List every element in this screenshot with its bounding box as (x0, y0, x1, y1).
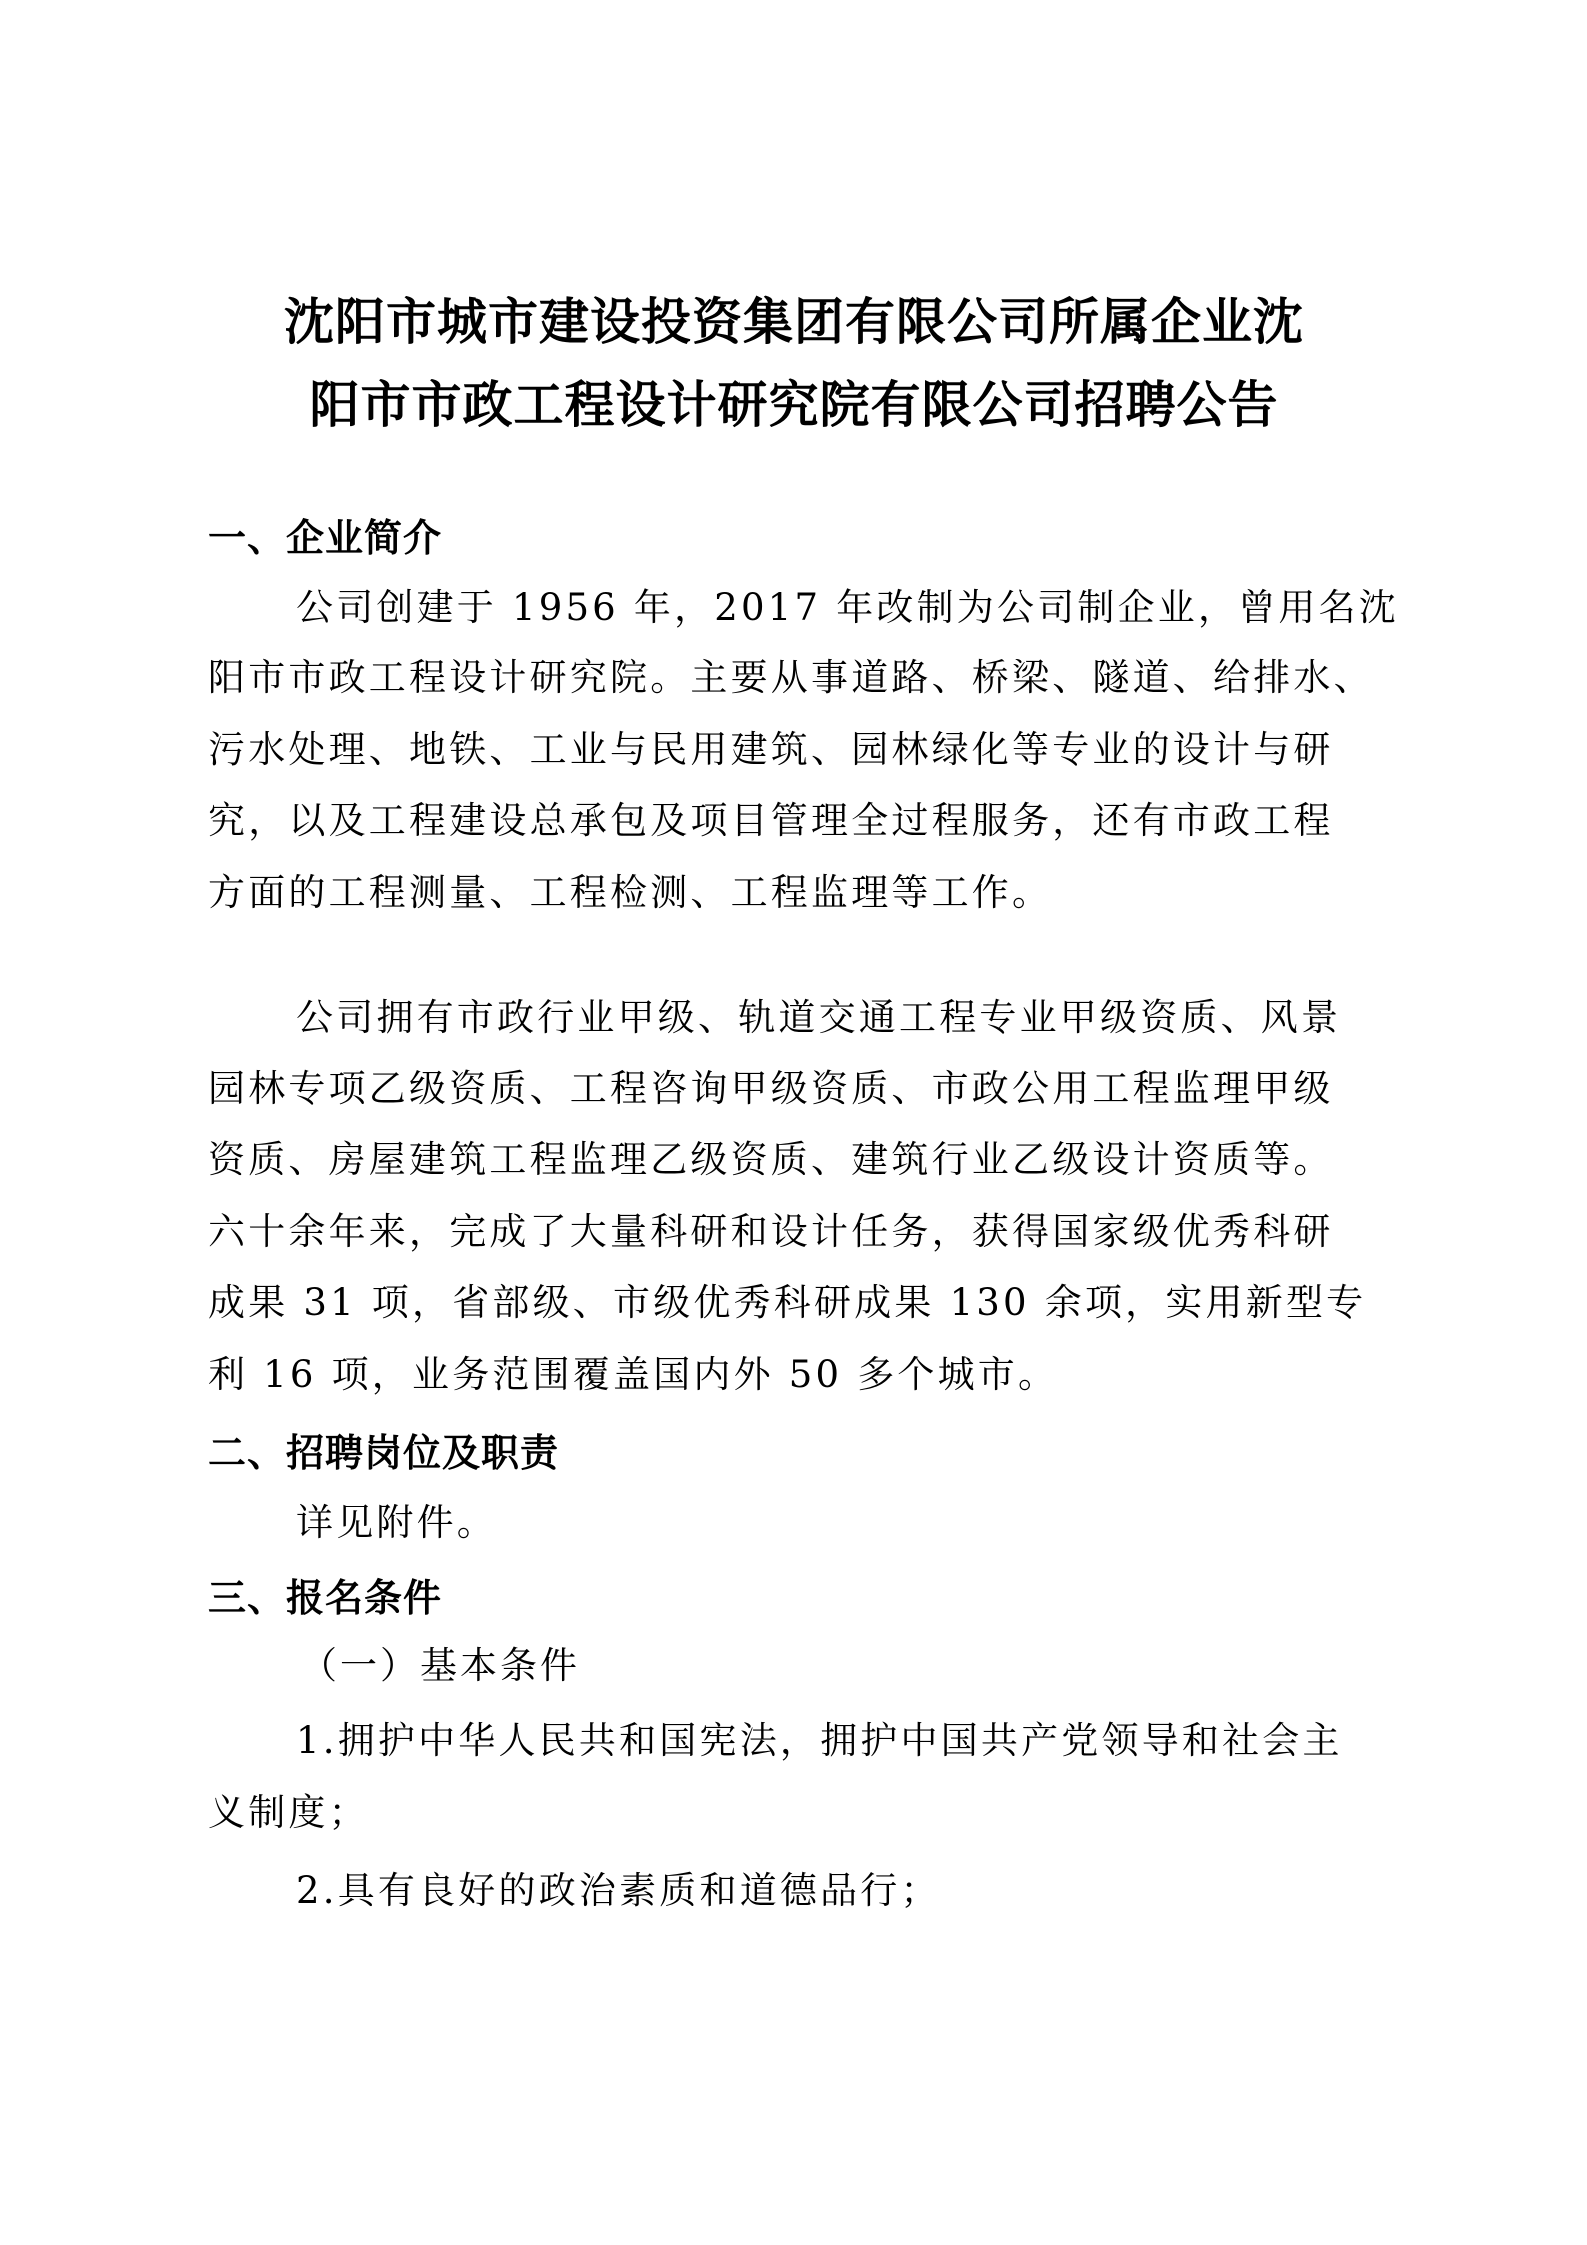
paragraph-line: 六十余年来，完成了大量科研和设计任务，获得国家级优秀科研 (208, 1209, 1334, 1255)
paragraph-line: 详见附件。 (296, 1500, 497, 1546)
paragraph-line: 阳市市政工程设计研究院。主要从事道路、桥梁、隧道、给排水、 (208, 655, 1374, 701)
paragraph-line: 成果 31 项，省部级、市级优秀科研成果 130 余项，实用新型专 (208, 1280, 1366, 1326)
paragraph-line: 公司拥有市政行业甲级、轨道交通工程专业甲级资质、风景 (296, 995, 1341, 1041)
subheading-basic-conditions: （一）基本条件 (300, 1643, 580, 1689)
list-item-line: 1.拥护中华人民共和国宪法，拥护中国共产党领导和社会主 (296, 1718, 1343, 1764)
document-title-line-1: 沈阳市城市建设投资集团有限公司所属企业沈 (200, 292, 1388, 352)
paragraph-line: 污水处理、地铁、工业与民用建筑、园林绿化等专业的设计与研 (208, 727, 1334, 773)
document-title-line-2: 阳市市政工程设计研究院有限公司招聘公告 (200, 375, 1388, 435)
section-heading-positions: 二、招聘岗位及职责 (208, 1430, 559, 1476)
section-heading-requirements: 三、报名条件 (208, 1575, 442, 1621)
paragraph-line: 园林专项乙级资质、工程咨询甲级资质、市政公用工程监理甲级 (208, 1066, 1334, 1112)
paragraph-line: 公司创建于 1956 年，2017 年改制为公司制企业，曾用名沈 (296, 585, 1399, 631)
paragraph-line: 究，以及工程建设总承包及项目管理全过程服务，还有市政工程 (208, 798, 1334, 844)
paragraph-line: 资质、房屋建筑工程监理乙级资质、建筑行业乙级设计资质等。 (208, 1137, 1334, 1183)
paragraph-line: 利 16 项，业务范围覆盖国内外 50 多个城市。 (208, 1352, 1058, 1398)
paragraph-line: 方面的工程测量、工程检测、工程监理等工作。 (208, 870, 1052, 916)
section-heading-company-intro: 一、企业简介 (208, 515, 442, 561)
list-item-line: 2.具有良好的政治素质和道德品行； (296, 1868, 941, 1914)
list-item-line: 义制度； (208, 1790, 369, 1836)
document-page: 沈阳市城市建设投资集团有限公司所属企业沈 阳市市政工程设计研究院有限公司招聘公告… (0, 0, 1587, 2245)
